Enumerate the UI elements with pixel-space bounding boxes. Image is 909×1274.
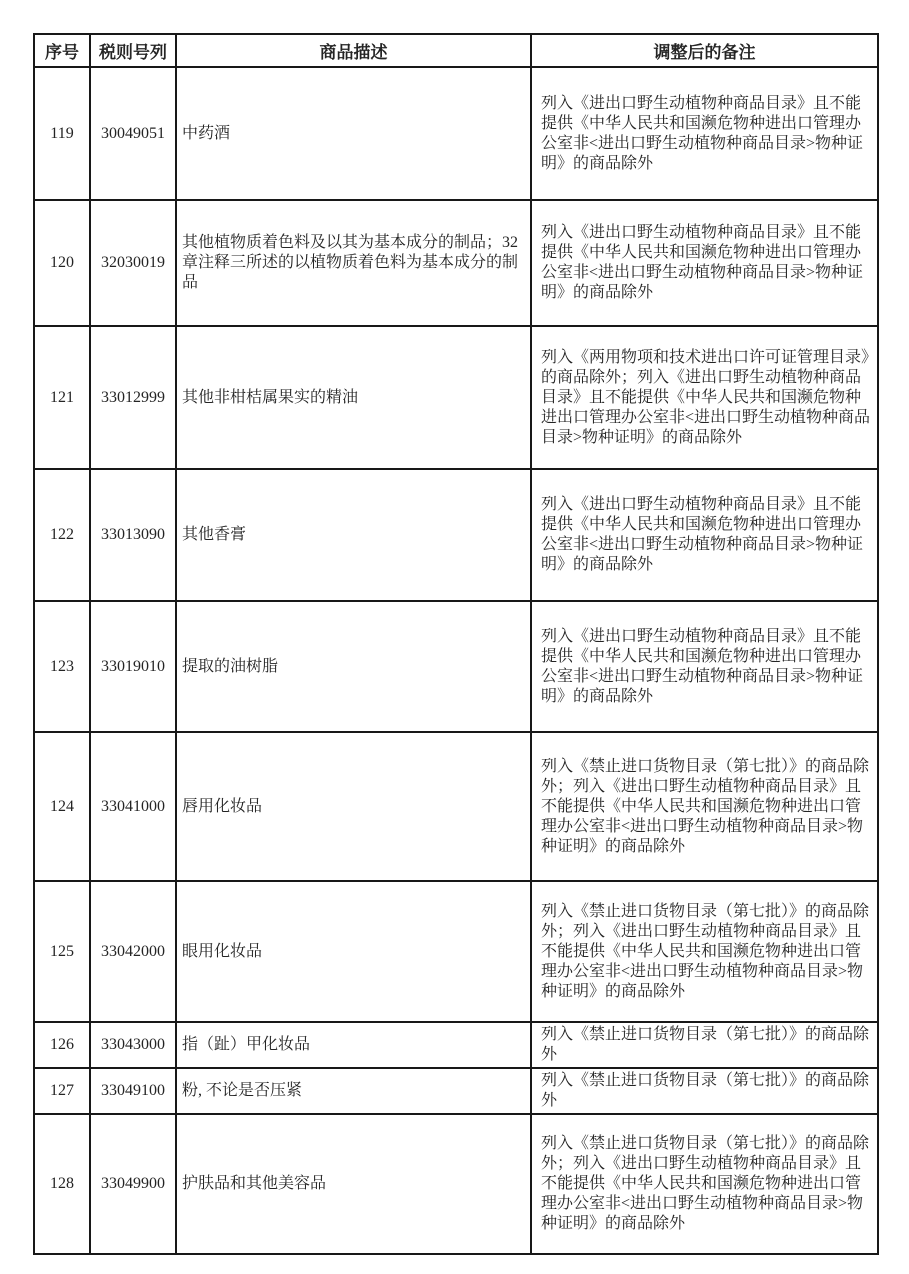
cell-index: 127 [34,1068,90,1114]
cell-tariff-code: 33012999 [90,326,176,469]
table-row: 122 33013090 其他香膏 列入《进出口野生动植物种商品目录》且不能提供… [34,469,878,601]
col-header-tariff-code: 税则号列 [90,34,176,67]
table-row: 127 33049100 粉, 不论是否压紧 列入《禁止进口货物目录（第七批）》… [34,1068,878,1114]
cell-index: 119 [34,67,90,200]
cell-remark: 列入《进出口野生动植物种商品目录》且不能提供《中华人民共和国濒危物种进出口管理办… [531,601,878,732]
col-header-index: 序号 [34,34,90,67]
cell-index: 121 [34,326,90,469]
cell-remark: 列入《禁止进口货物目录（第七批）》的商品除外；列入《进出口野生动植物种商品目录》… [531,732,878,881]
col-header-description: 商品描述 [176,34,531,67]
cell-index: 122 [34,469,90,601]
cell-remark: 列入《禁止进口货物目录（第七批）》的商品除外 [531,1068,878,1114]
cell-tariff-code: 33043000 [90,1022,176,1068]
col-header-remark: 调整后的备注 [531,34,878,67]
table-row: 126 33043000 指（趾）甲化妆品 列入《禁止进口货物目录（第七批）》的… [34,1022,878,1068]
cell-index: 124 [34,732,90,881]
table-row: 120 32030019 其他植物质着色料及以其为基本成分的制品；32章注释三所… [34,200,878,326]
header-row: 序号 税则号列 商品描述 调整后的备注 [34,34,878,67]
cell-description: 其他香膏 [176,469,531,601]
cell-remark: 列入《禁止进口货物目录（第七批）》的商品除外；列入《进出口野生动植物种商品目录》… [531,881,878,1022]
cell-description: 其他植物质着色料及以其为基本成分的制品；32章注释三所述的以植物质着色料为基本成… [176,200,531,326]
cell-tariff-code: 30049051 [90,67,176,200]
cell-description: 眼用化妆品 [176,881,531,1022]
cell-description: 护肤品和其他美容品 [176,1114,531,1254]
cell-index: 125 [34,881,90,1022]
cell-description: 指（趾）甲化妆品 [176,1022,531,1068]
cell-description: 粉, 不论是否压紧 [176,1068,531,1114]
cell-index: 128 [34,1114,90,1254]
table-row: 123 33019010 提取的油树脂 列入《进出口野生动植物种商品目录》且不能… [34,601,878,732]
table-row: 119 30049051 中药酒 列入《进出口野生动植物种商品目录》且不能提供《… [34,67,878,200]
cell-remark: 列入《禁止进口货物目录（第七批）》的商品除外；列入《进出口野生动植物种商品目录》… [531,1114,878,1254]
cell-description: 中药酒 [176,67,531,200]
cell-description: 唇用化妆品 [176,732,531,881]
cell-remark: 列入《禁止进口货物目录（第七批）》的商品除外 [531,1022,878,1068]
cell-description: 其他非柑桔属果实的精油 [176,326,531,469]
cell-tariff-code: 33042000 [90,881,176,1022]
cell-tariff-code: 33019010 [90,601,176,732]
cell-remark: 列入《进出口野生动植物种商品目录》且不能提供《中华人民共和国濒危物种进出口管理办… [531,469,878,601]
table-row: 121 33012999 其他非柑桔属果实的精油 列入《两用物项和技术进出口许可… [34,326,878,469]
cell-index: 126 [34,1022,90,1068]
cell-description: 提取的油树脂 [176,601,531,732]
cell-remark: 列入《进出口野生动植物种商品目录》且不能提供《中华人民共和国濒危物种进出口管理办… [531,67,878,200]
cell-index: 123 [34,601,90,732]
document-page: 序号 税则号列 商品描述 调整后的备注 119 30049051 中药酒 列入《… [0,0,909,1274]
cell-tariff-code: 33013090 [90,469,176,601]
cell-tariff-code: 33049100 [90,1068,176,1114]
cell-tariff-code: 32030019 [90,200,176,326]
cell-tariff-code: 33049900 [90,1114,176,1254]
cell-index: 120 [34,200,90,326]
table-row: 125 33042000 眼用化妆品 列入《禁止进口货物目录（第七批）》的商品除… [34,881,878,1022]
cell-remark: 列入《两用物项和技术进出口许可证管理目录》的商品除外；列入《进出口野生动植物种商… [531,326,878,469]
cell-remark: 列入《进出口野生动植物种商品目录》且不能提供《中华人民共和国濒危物种进出口管理办… [531,200,878,326]
table-row: 124 33041000 唇用化妆品 列入《禁止进口货物目录（第七批）》的商品除… [34,732,878,881]
table-row: 128 33049900 护肤品和其他美容品 列入《禁止进口货物目录（第七批）》… [34,1114,878,1254]
cell-tariff-code: 33041000 [90,732,176,881]
tariff-table: 序号 税则号列 商品描述 调整后的备注 119 30049051 中药酒 列入《… [33,33,879,1255]
